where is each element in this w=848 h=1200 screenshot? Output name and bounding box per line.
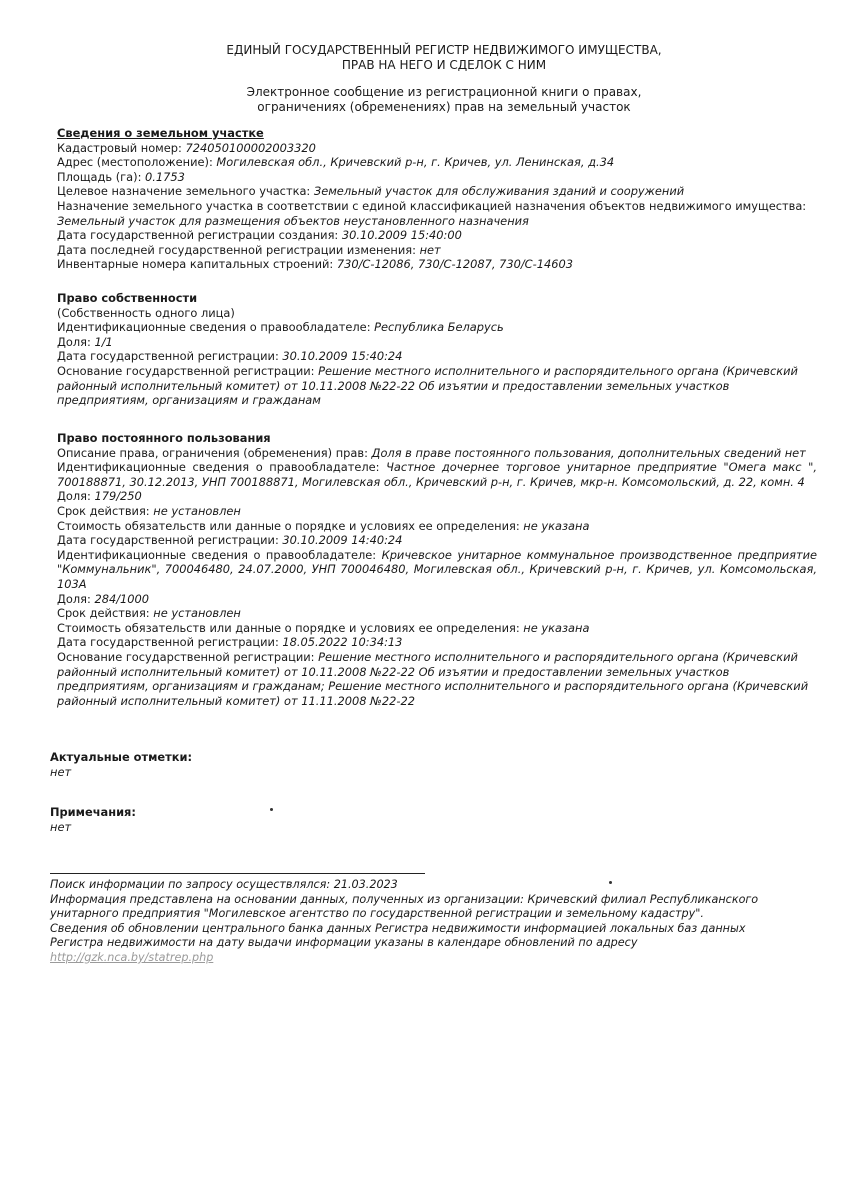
- holder-cost: Стоимость обязательств или данные о поря…: [57, 621, 817, 636]
- holder-share: Доля: 179/250: [57, 489, 817, 504]
- holder-date: Дата государственной регистрации: 30.10.…: [57, 533, 817, 548]
- marks-title: Актуальные отметки:: [50, 750, 810, 765]
- usage-description: Описание права, ограничения (обременения…: [57, 446, 817, 461]
- ownership-date: Дата государственной регистрации: 30.10.…: [57, 349, 817, 364]
- marks-section: Актуальные отметки: нет: [50, 750, 810, 779]
- notes-value: нет: [50, 820, 810, 835]
- subheader-line-2: ограничениях (обременениях) прав на земе…: [40, 100, 848, 115]
- statrep-link[interactable]: http://gzk.nca.by/statrep.php: [50, 951, 213, 964]
- scan-speck: [609, 881, 612, 884]
- footer-divider: [50, 873, 425, 874]
- holder-term: Срок действия: не установлен: [57, 606, 817, 621]
- last-change-date: Дата последней государственной регистрац…: [57, 243, 817, 258]
- classification-label: Назначение земельного участка в соответс…: [57, 199, 817, 214]
- holder-term: Срок действия: не установлен: [57, 504, 817, 519]
- land-section-title: Сведения о земельном участке: [57, 126, 817, 141]
- creation-date: Дата государственной регистрации создани…: [57, 228, 817, 243]
- header-line-1: ЕДИНЫЙ ГОСУДАРСТВЕННЫЙ РЕГИСТР НЕДВИЖИМО…: [40, 43, 848, 58]
- notes-section: Примечания: нет: [50, 805, 810, 834]
- inventory-numbers: Инвентарные номера капитальных строений:…: [57, 257, 817, 272]
- holder-date: Дата государственной регистрации: 18.05.…: [57, 635, 817, 650]
- search-date: Поиск информации по запросу осуществлялс…: [50, 878, 790, 893]
- subheader-line-1: Электронное сообщение из регистрационной…: [40, 85, 848, 100]
- notes-title: Примечания:: [50, 805, 810, 820]
- cadastral-number: Кадастровый номер: 724050100002003320: [57, 141, 817, 156]
- usage-title: Право постоянного пользования: [57, 431, 817, 446]
- ownership-type: (Собственность одного лица): [57, 306, 817, 321]
- footer: Поиск информации по запросу осуществлялс…: [50, 878, 790, 966]
- ownership-basis: Основание государственной регистрации: Р…: [57, 364, 817, 408]
- holder-info: Идентификационные сведения о правооблада…: [57, 460, 817, 489]
- usage-basis: Основание государственной регистрации: Р…: [57, 650, 817, 708]
- document-subheader: Электронное сообщение из регистрационной…: [0, 85, 848, 115]
- document-header: ЕДИНЫЙ ГОСУДАРСТВЕННЫЙ РЕГИСТР НЕДВИЖИМО…: [0, 43, 848, 73]
- usage-holder-2: Идентификационные сведения о правооблада…: [57, 548, 817, 650]
- holder-info: Идентификационные сведения о правооблада…: [57, 548, 817, 592]
- classification-value: Земельный участок для размещения объекто…: [57, 214, 817, 229]
- source-info: Информация представлена на основании дан…: [50, 893, 790, 922]
- ownership-share: Доля: 1/1: [57, 335, 817, 350]
- ownership-section: Право собственности (Собственность одног…: [57, 291, 817, 408]
- holder-share: Доля: 284/1000: [57, 592, 817, 607]
- usage-section: Право постоянного пользования Описание п…: [57, 431, 817, 708]
- area: Площадь (га): 0.1753: [57, 170, 817, 185]
- ownership-title: Право собственности: [57, 291, 817, 306]
- scan-speck: [270, 808, 273, 811]
- updates-info: Сведения об обновлении центрального банк…: [50, 922, 790, 951]
- header-line-2: ПРАВ НА НЕГО И СДЕЛОК С НИМ: [40, 58, 848, 73]
- ownership-holder: Идентификационные сведения о правооблада…: [57, 320, 817, 335]
- purpose: Целевое назначение земельного участка: З…: [57, 184, 817, 199]
- marks-value: нет: [50, 765, 810, 780]
- land-section: Сведения о земельном участке Кадастровый…: [57, 126, 817, 272]
- usage-holder-1: Идентификационные сведения о правооблада…: [57, 460, 817, 548]
- address: Адрес (местоположение): Могилевская обл.…: [57, 155, 817, 170]
- holder-cost: Стоимость обязательств или данные о поря…: [57, 519, 817, 534]
